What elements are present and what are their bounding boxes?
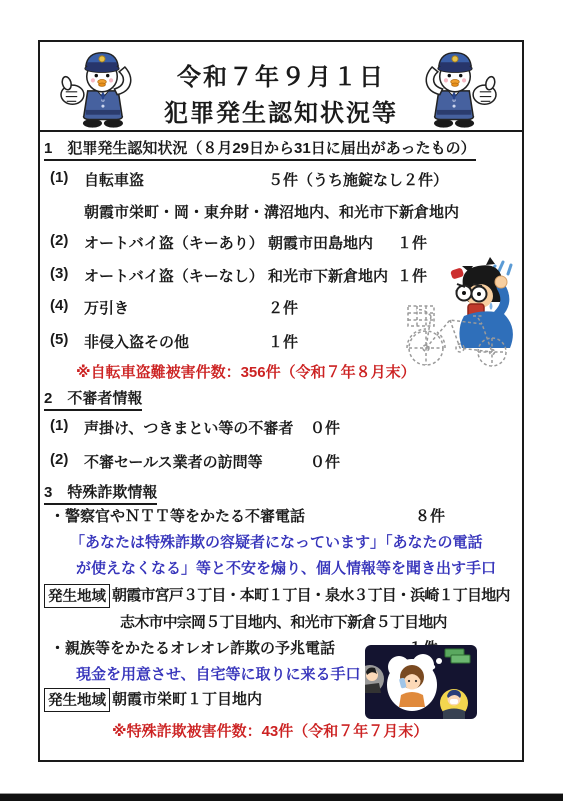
suspicious-call-count: ８件 [415,505,445,526]
item-location: 和光市下新倉地内 [268,265,388,286]
bicycle-theft-total-note: ※自転車盗難被害件数：356件（令和７年８月末） [76,361,416,382]
phone-scam-scene-illustration [365,645,477,719]
item-label: 声掛け、つきまとい等の不審者 [84,417,293,438]
item-number: (2) [50,232,68,249]
report-date-title: 令和７年９月１日 [40,57,522,92]
occurrence-area-text: 朝霞市栄町１丁目地内 [112,688,262,709]
scam-method-note-row: が使えなくなる」等と不安を煽り、個人情報等を聞き出す手口 [40,557,522,579]
item-count: １件 [397,232,427,253]
oreore-call-label: ・親族等をかたるオレオレ詐欺の予兆電話 [50,637,335,658]
item-label: 万引き [84,297,129,318]
item-count: １件 [268,331,298,352]
section3-heading: 3 特殊詐欺情報 [44,481,157,505]
item-count: ０件 [310,417,340,438]
scam-method-note-line1: 「あなたは特殊詐欺の容疑者になっています」「あなたの電話 [70,531,483,552]
occurrence-area-row2: 志木市中宗岡５丁目地内、和光市下新倉５丁目地内 [40,611,522,633]
bicycle-theft-victim-illustration [398,256,524,371]
crime-item-row: (1) 自転車盗 ５件（うち施錠なし２件） [40,169,522,191]
scam-method-note-line2: が使えなくなる」等と不安を煽り、個人情報等を聞き出す手口 [76,557,496,578]
suspicious-person-row: (2) 不審セールス業者の訪問等 ０件 [40,451,522,473]
occurrence-area-text: 朝霞市宮戸３丁目・本町１丁目・泉水３丁目・浜崎１丁目地内 [112,584,510,605]
item-count: ０件 [310,451,340,472]
section3-heading-row: 3 特殊詐欺情報 [40,481,522,503]
suspicious-person-row: (1) 声掛け、つきまとい等の不審者 ０件 [40,417,522,439]
item-label: オートバイ盗（キーあり） [84,232,264,253]
item-number: (1) [50,169,68,186]
item-label: 自転車盗 [84,169,144,190]
report-main-title: 犯罪発生認知状況等 [40,93,522,128]
occurrence-area-label: 発生地域 [44,688,110,712]
occurrence-area-text: 志木市中宗岡５丁目地内、和光市下新倉５丁目地内 [120,611,447,632]
item-label: オートバイ盗（キーなし） [84,265,264,286]
item-number: (5) [50,331,68,348]
item-count: ２件 [268,297,298,318]
crime-item-locations-row: 朝霞市栄町・岡・東弁財・溝沼地内、和光市下新倉地内 [40,201,522,223]
oreore-method-note: 現金を用意させ、自宅等に取りに来る手口 [76,663,361,684]
report-body: 1 犯罪発生認知状況（８月29日から31日に届出があったもの） (1) 自転車盗… [38,130,524,762]
section2-heading-row: 2 不審者情報 [40,387,522,409]
page-bottom-edge [0,793,563,801]
section1-heading-row: 1 犯罪発生認知状況（８月29日から31日に届出があったもの） [40,137,522,159]
section2-heading: 2 不審者情報 [44,387,142,411]
section1-heading: 1 犯罪発生認知状況（８月29日から31日に届出があったもの） [44,137,476,161]
item-label: 不審セールス業者の訪問等 [84,451,263,472]
scam-total-note-row: ※特殊詐欺被害件数：43件（令和７年７月末） [40,720,522,742]
occurrence-area-row: 発生地域 朝霞市宮戸３丁目・本町１丁目・泉水３丁目・浜崎１丁目地内 [40,584,522,606]
item-label: 非侵入盗その他 [84,331,189,352]
item-count: ５件（うち施錠なし２件） [268,169,448,190]
item-number: (4) [50,297,68,314]
item-number: (3) [50,265,68,282]
title-box: 令和７年９月１日 犯罪発生認知状況等 [38,40,524,132]
scam-method-note-row: 「あなたは特殊詐欺の容疑者になっています」「あなたの電話 [40,531,522,553]
item-number: (2) [50,451,68,468]
suspicious-call-label: ・警察官やＮＴＴ等をかたる不審電話 [50,505,305,526]
suspicious-call-row: ・警察官やＮＴＴ等をかたる不審電話 ８件 [40,505,522,527]
item-location: 朝霞市田島地内 [268,232,373,253]
occurrence-area-label: 発生地域 [44,584,110,608]
item-locations: 朝霞市栄町・岡・東弁財・溝沼地内、和光市下新倉地内 [84,201,459,222]
scam-total-note: ※特殊詐欺被害件数：43件（令和７年７月末） [112,720,428,741]
crime-item-row: (2) オートバイ盗（キーあり） 朝霞市田島地内 １件 [40,232,522,254]
item-number: (1) [50,417,68,434]
police-crime-report-page: { "document": { "title_line1": "令和７年９月１日… [0,0,563,801]
